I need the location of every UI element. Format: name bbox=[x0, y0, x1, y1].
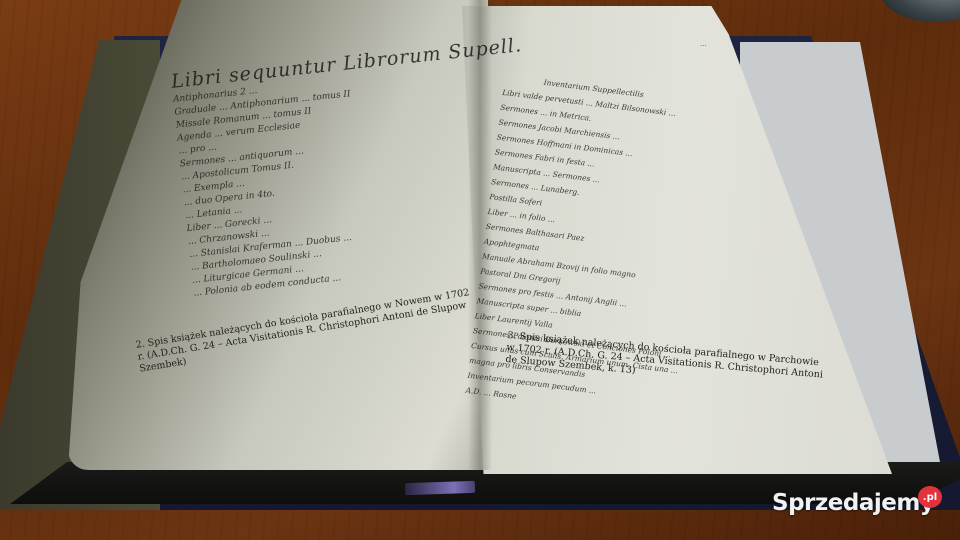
computer-mouse bbox=[880, 0, 960, 22]
watermark-badge: .pl bbox=[918, 486, 942, 508]
watermark-logo: Sprzedajemy bbox=[772, 490, 934, 516]
page-number: ... bbox=[700, 40, 707, 48]
ribbon-bookmark bbox=[405, 481, 475, 495]
left-manuscript-facsimile: Libri sequuntur Librorum Supell. Antipho… bbox=[170, 39, 493, 301]
